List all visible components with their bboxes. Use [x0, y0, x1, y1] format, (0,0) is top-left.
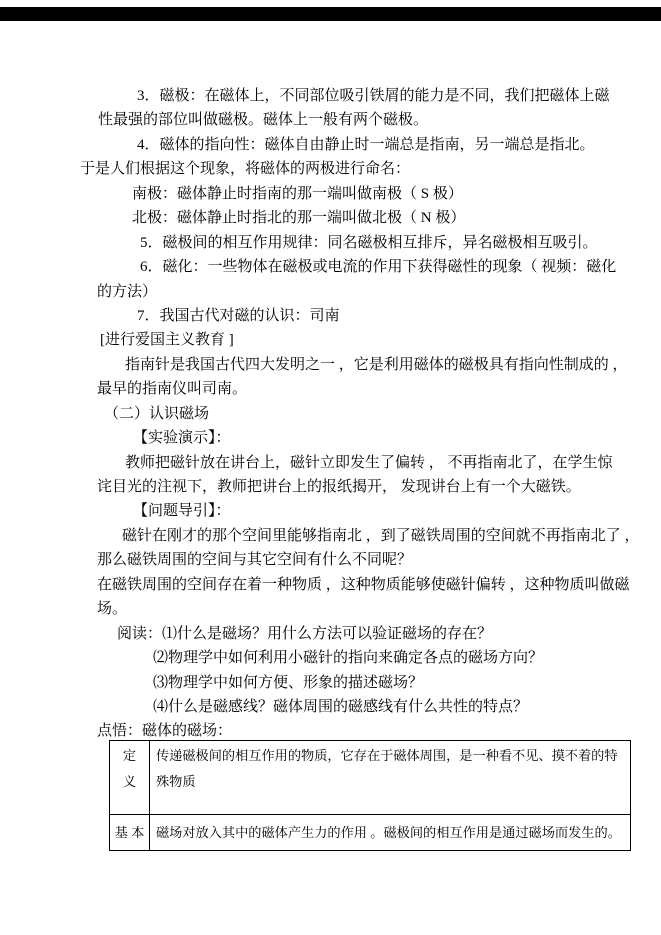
doc-line: 教师把磁针放在讲台上，磁针立即发生了偏转 ， 不再指南北了，在学生惊 — [125, 451, 661, 475]
doc-line: 诧目光的注视下，教师把讲台上的报纸揭开， 发现讲台上有一个大磁铁。 — [97, 475, 661, 499]
table-row: 定 义 传递磁极间的相互作用的物质，它存在于磁体周围，是一种看不见、摸不着的特殊… — [110, 741, 631, 815]
doc-line: ⑷什么是磁感线？磁体周围的磁感线有什么共性的特点？ — [153, 695, 661, 719]
magnetic-field-definition-table: 定 义 传递磁极间的相互作用的物质，它存在于磁体周围，是一种看不见、摸不着的特殊… — [109, 740, 631, 851]
doc-line: 南极：磁体静止时指南的那一端叫做南极（ S 极） — [132, 182, 661, 206]
doc-line: 【实验演示】： — [133, 426, 661, 450]
document-body: 3．磁极：在磁体上，不同部位吸引铁屑的能力是不同，我们把磁体上磁 性最强的部位叫… — [0, 84, 661, 744]
row-header-cell: 定 义 — [110, 741, 150, 815]
row-header-cell: 基 本 — [110, 815, 150, 851]
doc-line: 北极：磁体静止时指北的那一端叫做北极（ N 极） — [132, 206, 661, 230]
doc-line: 于是人们根据这个现象，将磁体的两极进行命名： — [80, 157, 661, 181]
doc-line: 磁针在刚才的那个空间里能够指南北 ，到了磁铁周围的空间就不再指南北了 ， — [122, 524, 661, 548]
doc-line: 的方法） — [97, 280, 661, 304]
doc-line: 阅读：⑴什么是磁场？用什么方法可以验证磁场的存在？ — [117, 622, 661, 646]
document-page: 3．磁极：在磁体上，不同部位吸引铁屑的能力是不同，我们把磁体上磁 性最强的部位叫… — [0, 0, 661, 935]
doc-line: 场。 — [97, 597, 661, 621]
doc-line: 最早的指南仪叫司南。 — [97, 377, 661, 401]
doc-line: 3．磁极：在磁体上，不同部位吸引铁屑的能力是不同，我们把磁体上磁 — [137, 84, 661, 108]
doc-line: ⑶物理学中如何方便、形象的描述磁场？ — [153, 671, 661, 695]
doc-line: 【问题导引】： — [133, 499, 661, 523]
doc-line: [进行爱国主义教育 ] — [100, 328, 661, 352]
doc-line: 7．我国古代对磁的认识：司南 — [137, 304, 661, 328]
row-content-cell: 磁场对放入其中的磁体产生力的作用 。磁极间的相互作用是通过磁场而发生的。 — [150, 815, 631, 851]
doc-line: 5．磁极间的相互作用规律：同名磁极相互排斥，异名磁极相互吸引。 — [140, 231, 661, 255]
doc-line: 指南针是我国古代四大发明之一 ，它是利用磁体的磁极具有指向性制成的 ， — [125, 353, 661, 377]
doc-line: ⑵物理学中如何利用小磁针的指向来确定各点的磁场方向？ — [153, 646, 661, 670]
doc-line: 那么磁铁周围的空间与其它空间有什么不同呢？ — [97, 548, 661, 572]
doc-line: 6．磁化：一些物体在磁极或电流的作用下获得磁性的现象（ 视频：磁化 — [140, 255, 661, 279]
top-black-bar — [0, 7, 661, 21]
row-content-cell: 传递磁极间的相互作用的物质，它存在于磁体周围，是一种看不见、摸不着的特殊物质 — [150, 741, 631, 815]
doc-line: 性最强的部位叫做磁极。磁体上一般有两个磁极。 — [98, 108, 661, 132]
doc-line: 在磁铁周围的空间存在着一种物质 ，这种物质能够使磁针偏转 ，这种物质叫做磁 — [97, 573, 661, 597]
doc-line: 4．磁体的指向性：磁体自由静止时一端总是指南，另一端总是指北。 — [137, 133, 661, 157]
table-row: 基 本 磁场对放入其中的磁体产生力的作用 。磁极间的相互作用是通过磁场而发生的。 — [110, 815, 631, 851]
doc-line: （二）认识磁场 — [104, 402, 661, 426]
